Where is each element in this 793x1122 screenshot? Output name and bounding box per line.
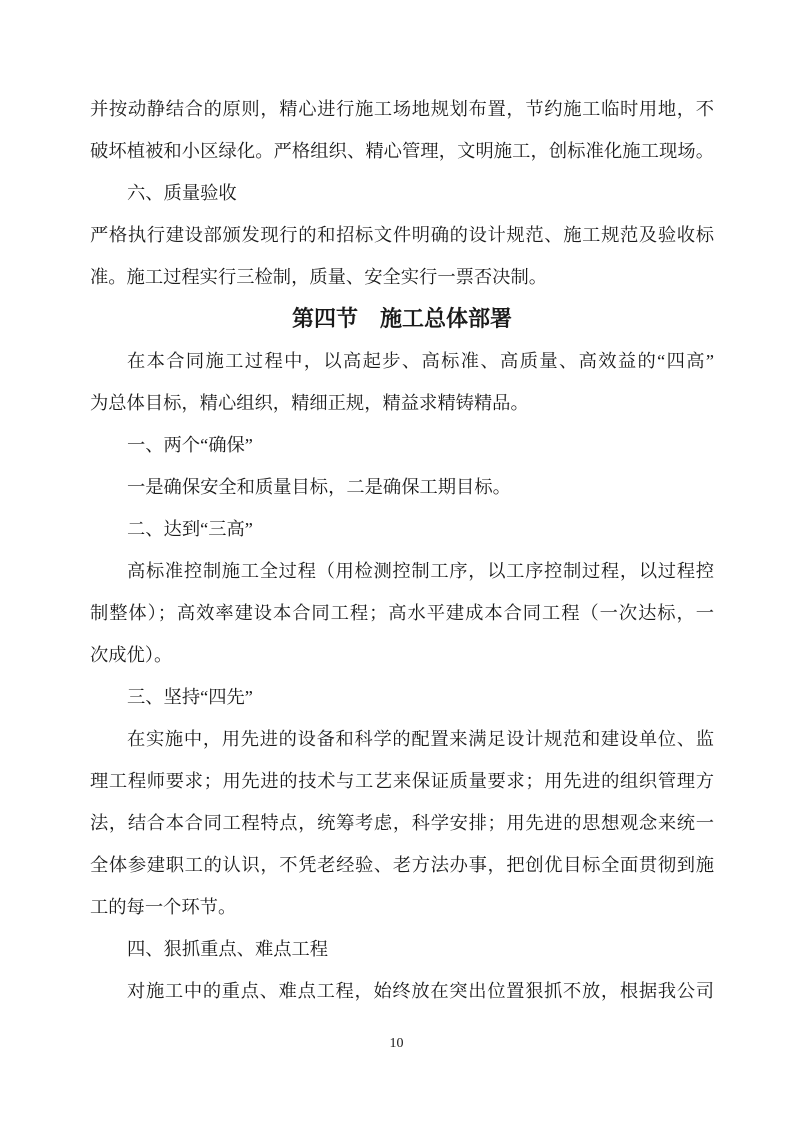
- text-line: 工的每一个环节。: [90, 886, 714, 928]
- text-line: 理工程师要求；用先进的技术与工艺来保证质量要求；用先进的组织管理方: [90, 760, 714, 802]
- body-paragraph: 在本合同施工过程中，以高起步、高标准、高质量、高效益的“四高”为总体目标，精心组…: [90, 340, 714, 424]
- body-paragraph: 对施工中的重点、难点工程，始终放在突出位置狠抓不放，根据我公司: [90, 970, 714, 1012]
- text-line: 三、坚持“四先”: [90, 676, 714, 718]
- section-heading: 第四节 施工总体部署: [90, 298, 714, 340]
- body-paragraph: 严格执行建设部颁发现行的和招标文件明确的设计规范、施工规范及验收标准。施工过程实…: [90, 214, 714, 298]
- body-paragraph: 一是确保安全和质量目标，二是确保工期目标。: [90, 466, 714, 508]
- body-paragraph: 并按动静结合的原则，精心进行施工场地规划布置，节约施工临时用地，不破坏植被和小区…: [90, 88, 714, 172]
- text-line: 并按动静结合的原则，精心进行施工场地规划布置，节约施工临时用地，不: [90, 88, 714, 130]
- body-paragraph: 在实施中，用先进的设备和科学的配置来满足设计规范和建设单位、监理工程师要求；用先…: [90, 718, 714, 928]
- text-line: 破坏植被和小区绿化。严格组织、精心管理，文明施工，创标准化施工现场。: [90, 130, 714, 172]
- document-body: 并按动静结合的原则，精心进行施工场地规划布置，节约施工临时用地，不破坏植被和小区…: [90, 88, 714, 1012]
- document-page: 并按动静结合的原则，精心进行施工场地规划布置，节约施工临时用地，不破坏植被和小区…: [0, 0, 793, 1122]
- text-line: 严格执行建设部颁发现行的和招标文件明确的设计规范、施工规范及验收标: [90, 214, 714, 256]
- text-line: 六、质量验收: [90, 172, 714, 214]
- numbered-subheading: 四、狠抓重点、难点工程: [90, 928, 714, 970]
- text-line: 为总体目标，精心组织，精细正规，精益求精铸精品。: [90, 382, 714, 424]
- text-line: 次成优）。: [90, 634, 714, 676]
- text-line: 法，结合本合同工程特点，统筹考虑，科学安排；用先进的思想观念来统一: [90, 802, 714, 844]
- text-line: 一、两个“确保”: [90, 424, 714, 466]
- text-line: 高标准控制施工全过程（用检测控制工序，以工序控制过程，以过程控: [90, 550, 714, 592]
- text-line: 全体参建职工的认识，不凭老经验、老方法办事，把创优目标全面贯彻到施: [90, 844, 714, 886]
- text-line: 准。施工过程实行三检制，质量、安全实行一票否决制。: [90, 256, 714, 298]
- text-line: 制整体）；高效率建设本合同工程；高水平建成本合同工程（一次达标，一: [90, 592, 714, 634]
- text-line: 二、达到“三高”: [90, 508, 714, 550]
- text-line: 对施工中的重点、难点工程，始终放在突出位置狠抓不放，根据我公司: [90, 970, 714, 1012]
- numbered-subheading: 二、达到“三高”: [90, 508, 714, 550]
- page-number: 10: [390, 1036, 404, 1051]
- numbered-subheading: 一、两个“确保”: [90, 424, 714, 466]
- text-line: 四、狠抓重点、难点工程: [90, 928, 714, 970]
- body-paragraph: 高标准控制施工全过程（用检测控制工序，以工序控制过程，以过程控制整体）；高效率建…: [90, 550, 714, 676]
- text-line: 在本合同施工过程中，以高起步、高标准、高质量、高效益的“四高”: [90, 340, 714, 382]
- numbered-subheading: 三、坚持“四先”: [90, 676, 714, 718]
- numbered-subheading: 六、质量验收: [90, 172, 714, 214]
- text-line: 在实施中，用先进的设备和科学的配置来满足设计规范和建设单位、监: [90, 718, 714, 760]
- text-line: 一是确保安全和质量目标，二是确保工期目标。: [90, 466, 714, 508]
- text-line: 第四节 施工总体部署: [90, 298, 714, 340]
- page-footer: 10: [0, 1034, 793, 1052]
